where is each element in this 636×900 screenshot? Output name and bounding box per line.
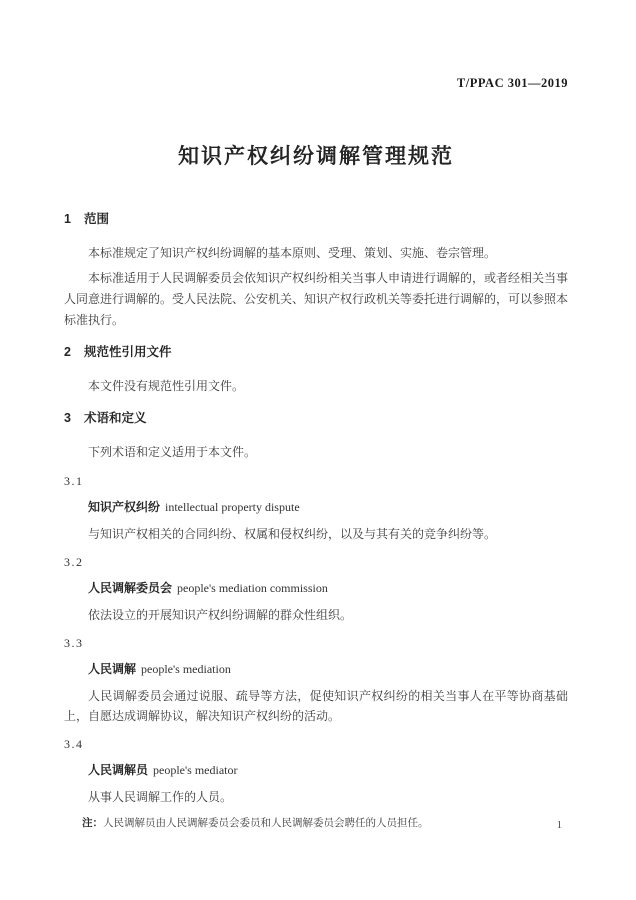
term-heading: 人民调解员people's mediator <box>64 761 568 779</box>
term-note: 注：人民调解员由人民调解委员会委员和人民调解委员会聘任的人员担任。 <box>82 816 568 831</box>
term-definition: 依法设立的开展知识产权纠纷调解的群众性组织。 <box>64 605 568 625</box>
section-number: 1 <box>64 212 71 226</box>
section-heading: 2规范性引用文件 <box>64 343 568 361</box>
section-heading: 1范围 <box>64 210 568 228</box>
section-number: 3 <box>64 411 71 425</box>
term-block: 3.1 知识产权纠纷intellectual property dispute … <box>64 473 568 544</box>
term-heading: 知识产权纠纷intellectual property dispute <box>64 498 568 516</box>
paragraph: 下列术语和定义适用于本文件。 <box>64 442 568 463</box>
document-title: 知识产权纠纷调解管理规范 <box>64 144 568 170</box>
term-chinese: 人民调解 <box>88 662 136 676</box>
term-number: 3.3 <box>64 635 568 651</box>
term-heading: 人民调解委员会people's mediation commission <box>64 579 568 597</box>
term-chinese: 人民调解委员会 <box>88 581 172 595</box>
term-english: intellectual property dispute <box>165 500 300 514</box>
term-number: 3.4 <box>64 736 568 752</box>
section-title: 术语和定义 <box>84 411 147 425</box>
term-english: people's mediation commission <box>177 581 328 595</box>
paragraph: 本标准适用于人民调解委员会依知识产权纠纷相关当事人申请进行调解的，或者经相关当事… <box>64 268 568 331</box>
term-english: people's mediator <box>153 763 237 777</box>
document-page: T/PPAC 301—2019 知识产权纠纷调解管理规范 1范围 本标准规定了知… <box>0 0 636 900</box>
term-definition: 人民调解委员会通过说服、疏导等方法，促使知识产权纠纷的相关当事人在平等协商基础上… <box>64 686 568 726</box>
paragraph: 本文件没有规范性引用文件。 <box>64 376 568 397</box>
note-label: 注： <box>82 817 103 829</box>
page-number: 1 <box>557 820 562 831</box>
section-title: 规范性引用文件 <box>84 345 172 359</box>
standard-number: T/PPAC 301—2019 <box>64 76 568 90</box>
term-block: 3.2 人民调解委员会people's mediation commission… <box>64 554 568 625</box>
term-number: 3.2 <box>64 554 568 570</box>
term-definition: 从事人民调解工作的人员。 <box>64 787 568 807</box>
term-definition: 与知识产权相关的合同纠纷、权属和侵权纠纷，以及与其有关的竞争纠纷等。 <box>64 524 568 544</box>
term-chinese: 人民调解员 <box>88 763 148 777</box>
section-terms-definitions: 3术语和定义 下列术语和定义适用于本文件。 3.1 知识产权纠纷intellec… <box>64 409 568 831</box>
term-english: people's mediation <box>141 662 231 676</box>
term-heading: 人民调解people's mediation <box>64 660 568 678</box>
paragraph: 本标准规定了知识产权纠纷调解的基本原则、受理、策划、实施、卷宗管理。 <box>64 243 568 264</box>
section-number: 2 <box>64 345 71 359</box>
term-block: 3.3 人民调解people's mediation 人民调解委员会通过说服、疏… <box>64 635 568 726</box>
term-block: 3.4 人民调解员people's mediator 从事人民调解工作的人员。 … <box>64 736 568 831</box>
term-number: 3.1 <box>64 473 568 489</box>
section-title: 范围 <box>84 212 109 226</box>
section-normative-references: 2规范性引用文件 本文件没有规范性引用文件。 <box>64 343 568 397</box>
term-chinese: 知识产权纠纷 <box>88 500 160 514</box>
note-text: 人民调解员由人民调解委员会委员和人民调解委员会聘任的人员担任。 <box>103 818 429 829</box>
section-scope: 1范围 本标准规定了知识产权纠纷调解的基本原则、受理、策划、实施、卷宗管理。 本… <box>64 210 568 331</box>
section-heading: 3术语和定义 <box>64 409 568 427</box>
